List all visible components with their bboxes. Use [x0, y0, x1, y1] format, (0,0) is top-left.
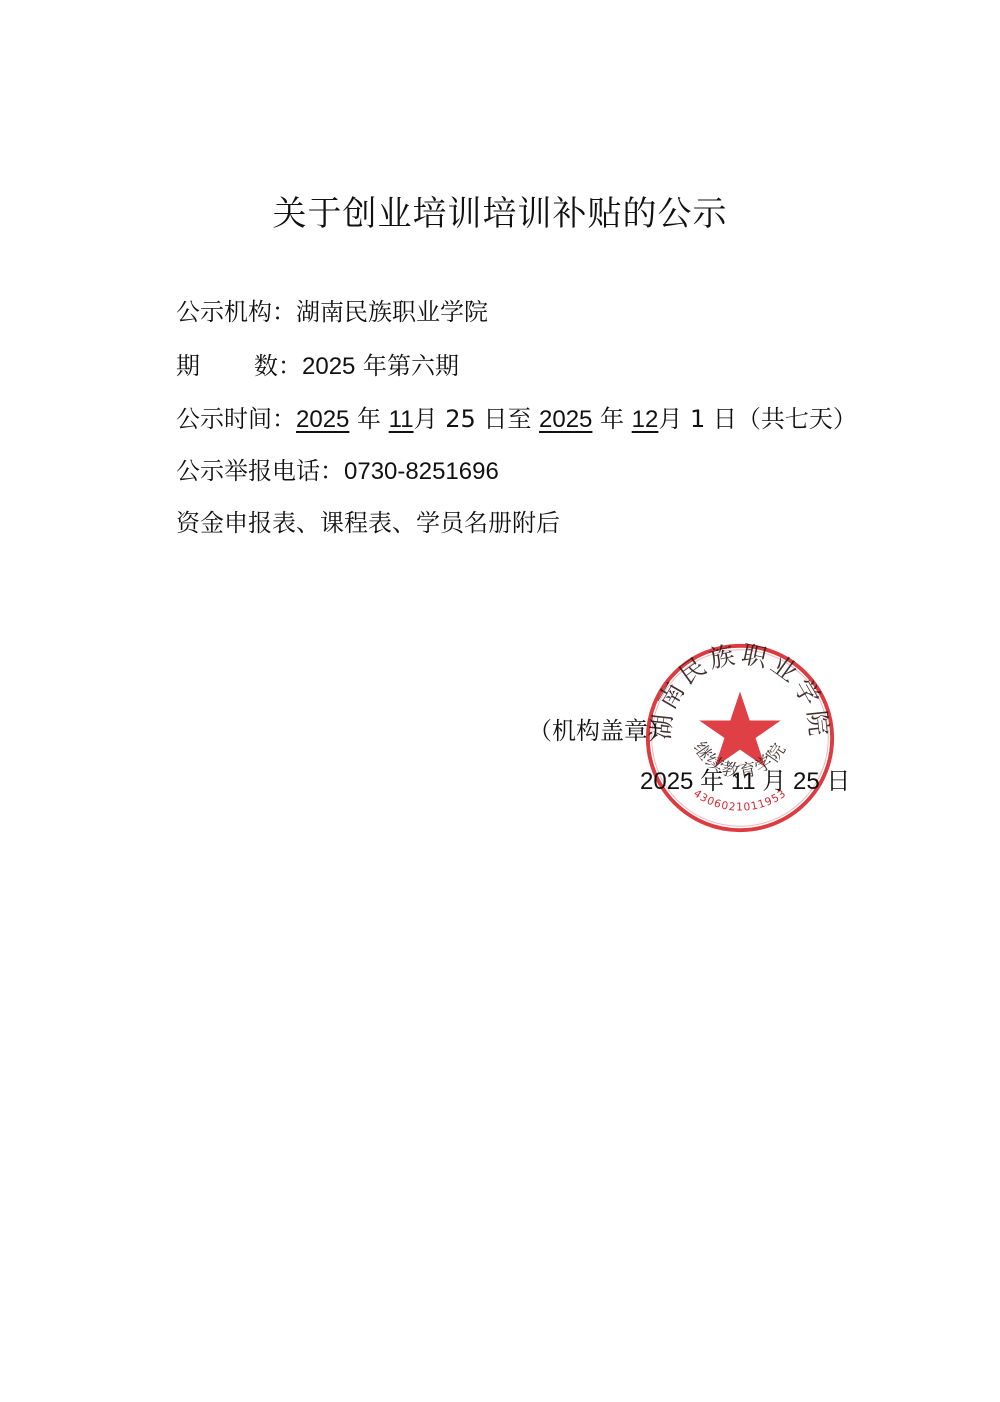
period-month-char-2: 月 1 日（共七天）	[658, 405, 857, 433]
issue-label-b: 数：	[254, 352, 302, 380]
period-line: 公示时间：2025 年 11月 25 日至 2025 年 12月 1 日（共七天…	[176, 404, 857, 435]
issue-label-a: 期	[176, 351, 254, 381]
document-page: 关于创业培训培训补贴的公示 公示机构：湖南民族职业学院 期数：2025 年第六期…	[0, 0, 1000, 1402]
document-title: 关于创业培训培训补贴的公示	[0, 186, 1000, 235]
org-line: 公示机构：湖南民族职业学院	[176, 297, 488, 327]
phone-line: 公示举报电话：0730-8251696	[176, 456, 499, 487]
period-label: 公示时间：	[176, 405, 296, 433]
period-year-char-2: 年	[592, 405, 631, 433]
period-end-month: 12	[632, 406, 659, 433]
sign-date: 2025 年 11 月 25 日	[640, 767, 850, 797]
issue-year: 2025	[302, 353, 355, 380]
issue-suffix: 年第六期	[355, 352, 459, 380]
period-year-char-1: 年	[349, 405, 388, 433]
period-end-year: 2025	[539, 406, 592, 433]
org-value: 湖南民族职业学院	[296, 298, 488, 326]
org-label: 公示机构：	[176, 298, 296, 326]
attachments-line: 资金申报表、课程表、学员名册附后	[176, 508, 560, 538]
phone-value: 0730-8251696	[344, 458, 499, 485]
period-start-month: 11	[389, 406, 414, 433]
phone-label: 公示举报电话：	[176, 457, 344, 485]
official-stamp: 湖南民族职业学院 继续教育学院 4306021011953	[643, 641, 837, 835]
period-month-char-1: 月 25 日至	[414, 405, 539, 433]
issue-line: 期数：2025 年第六期	[176, 351, 459, 382]
period-start-year: 2025	[296, 406, 349, 433]
seal-label: （机构盖章）	[528, 716, 672, 746]
